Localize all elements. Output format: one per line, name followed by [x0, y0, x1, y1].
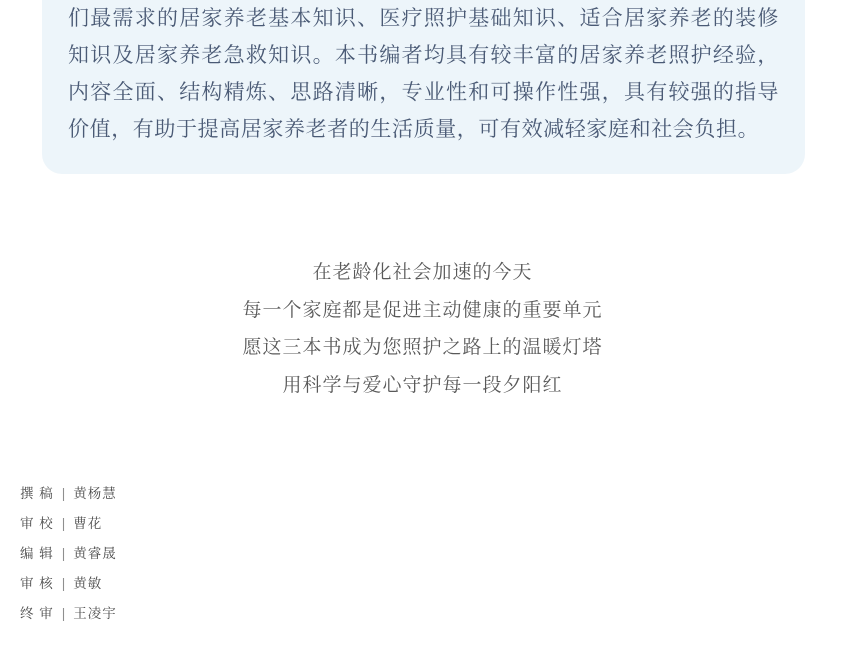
article-page: 们最需求的居家养老基本知识、医疗照护基础知识、适合居家养老的装修知识及居家养老急…	[0, 0, 845, 649]
credit-name: 王凌宇	[73, 606, 117, 621]
credit-role: 编 辑	[20, 546, 54, 561]
credit-separator: |	[54, 576, 74, 591]
credit-separator: |	[54, 486, 74, 501]
credit-separator: |	[54, 606, 74, 621]
poem-line: 用科学与爱心守护每一段夕阳红	[0, 367, 845, 405]
credit-row: 审 核|黄敏	[20, 569, 117, 599]
credit-row: 审 校|曹花	[20, 509, 117, 539]
credit-row: 编 辑|黄睿晟	[20, 539, 117, 569]
credit-role: 撰 稿	[20, 486, 54, 501]
credit-role: 终 审	[20, 606, 54, 621]
credit-role: 审 核	[20, 576, 54, 591]
intro-card: 们最需求的居家养老基本知识、医疗照护基础知识、适合居家养老的装修知识及居家养老急…	[42, 0, 805, 174]
credit-name: 黄睿晟	[73, 546, 117, 561]
credit-separator: |	[54, 516, 74, 531]
credit-separator: |	[54, 546, 74, 561]
credit-row: 终 审|王凌宇	[20, 599, 117, 629]
credit-name: 黄敏	[73, 576, 102, 591]
intro-paragraph: 们最需求的居家养老基本知识、医疗照护基础知识、适合居家养老的装修知识及居家养老急…	[42, 0, 805, 148]
credit-name: 黄杨慧	[73, 486, 117, 501]
poem-line: 每一个家庭都是促进主动健康的重要单元	[0, 292, 845, 330]
credits-list: 撰 稿|黄杨慧 审 校|曹花 编 辑|黄睿晟 审 核|黄敏 终 审|王凌宇	[20, 479, 117, 629]
credit-name: 曹花	[73, 516, 102, 531]
credit-role: 审 校	[20, 516, 54, 531]
poem-block: 在老龄化社会加速的今天 每一个家庭都是促进主动健康的重要单元 愿这三本书成为您照…	[0, 254, 845, 404]
poem-line: 愿这三本书成为您照护之路上的温暖灯塔	[0, 329, 845, 367]
credit-row: 撰 稿|黄杨慧	[20, 479, 117, 509]
poem-line: 在老龄化社会加速的今天	[0, 254, 845, 292]
